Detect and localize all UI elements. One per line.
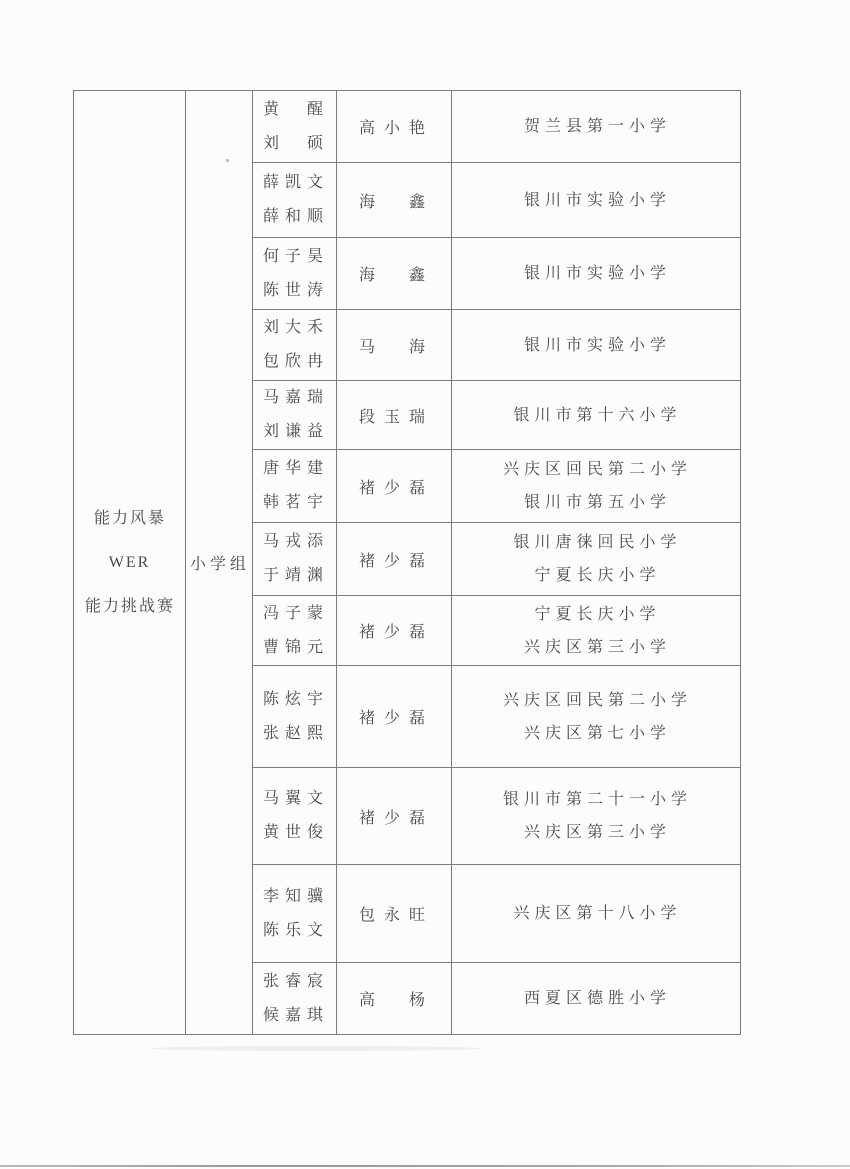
coach-cell: 高小艳 [337, 91, 452, 163]
students-cell: 刘大禾 包欣冉 [253, 310, 337, 381]
students-cell: 马戎添 于靖渊 [253, 523, 337, 596]
student-name: 冯子蒙 [253, 597, 336, 631]
students-cell: 李知骥 陈乐文 [253, 865, 337, 963]
school-name: 西夏区德胜小学 [452, 982, 740, 1015]
student-name: 薛凯文 [253, 166, 336, 200]
coach-cell: 高 杨 [337, 963, 452, 1035]
student-name: 陈乐文 [253, 914, 336, 948]
student-name: 黄世俊 [253, 816, 336, 850]
student-name: 候嘉琪 [253, 999, 336, 1033]
school-name: 兴庆区第三小学 [452, 631, 740, 664]
school-name: 银川市实验小学 [452, 329, 740, 362]
student-name: 刘大禾 [253, 311, 336, 345]
school-cell: 兴庆区第十八小学 [452, 865, 741, 963]
award-table: 能力风暴WER 能力挑战赛 小学组 黄 醒 刘 硕 高小艳 贺兰县第一小学 薛凯… [73, 90, 741, 1035]
school-name: 宁夏长庆小学 [452, 598, 740, 631]
school-name: 银川市实验小学 [452, 184, 740, 217]
students-cell: 马翼文 黄世俊 [253, 768, 337, 865]
student-name: 曹锦元 [253, 631, 336, 665]
student-name: 黄 醒 [253, 93, 336, 127]
students-cell: 冯子蒙 曹锦元 [253, 596, 337, 666]
school-name: 贺兰县第一小学 [452, 110, 740, 143]
student-name: 张赵熙 [253, 717, 336, 751]
scanned-document-page: 能力风暴WER 能力挑战赛 小学组 黄 醒 刘 硕 高小艳 贺兰县第一小学 薛凯… [0, 0, 850, 1169]
students-cell: 薛凯文 薛和顺 [253, 163, 337, 238]
coach-cell: 褚少磊 [337, 523, 452, 596]
coach-cell: 褚少磊 [337, 450, 452, 523]
student-name: 韩茗宇 [253, 486, 336, 520]
students-cell: 何子昊 陈世涛 [253, 238, 337, 310]
school-name: 银川市第二十一小学 [452, 783, 740, 816]
scan-bottom-edge-artifact [0, 1165, 850, 1167]
school-cell: 银川市实验小学 [452, 163, 741, 238]
school-name: 宁夏长庆小学 [452, 559, 740, 592]
student-name: 马嘉瑞 [253, 381, 336, 415]
school-cell: 银川市第二十一小学 兴庆区第三小学 [452, 768, 741, 865]
student-name: 唐华建 [253, 452, 336, 486]
school-name: 银川唐徕回民小学 [452, 526, 740, 559]
student-name: 张睿宸 [253, 965, 336, 999]
student-name: 陈炫宇 [253, 683, 336, 717]
school-name: 兴庆区第三小学 [452, 816, 740, 849]
school-cell: 兴庆区回民第二小学 银川市第五小学 [452, 450, 741, 523]
school-cell: 西夏区德胜小学 [452, 963, 741, 1035]
competition-name-line1: 能力风暴WER [74, 497, 185, 585]
students-cell: 唐华建 韩茗宇 [253, 450, 337, 523]
school-name: 兴庆区第十八小学 [452, 897, 740, 930]
coach-cell: 褚少磊 [337, 596, 452, 666]
school-name: 兴庆区回民第二小学 [452, 684, 740, 717]
coach-cell: 包永旺 [337, 865, 452, 963]
coach-cell: 褚少磊 [337, 666, 452, 768]
student-name: 李知骥 [253, 880, 336, 914]
school-cell: 银川市实验小学 [452, 238, 741, 310]
school-name: 兴庆区回民第二小学 [452, 453, 740, 486]
student-name: 刘 硕 [253, 127, 336, 161]
student-name: 薛和顺 [253, 200, 336, 234]
group-cell: 小学组 [186, 91, 253, 1035]
coach-cell: 马 海 [337, 310, 452, 381]
student-name: 何子昊 [253, 240, 336, 274]
competition-name-line2: 能力挑战赛 [74, 585, 185, 629]
school-name: 银川市实验小学 [452, 257, 740, 290]
student-name: 包欣冉 [253, 345, 336, 379]
students-cell: 马嘉瑞 刘谦益 [253, 381, 337, 450]
school-name: 兴庆区第七小学 [452, 717, 740, 750]
school-cell: 银川唐徕回民小学 宁夏长庆小学 [452, 523, 741, 596]
scan-dot-artifact [226, 159, 229, 162]
scan-smudge-artifact [150, 1046, 480, 1051]
school-name: 银川市第五小学 [452, 486, 740, 519]
school-cell: 宁夏长庆小学 兴庆区第三小学 [452, 596, 741, 666]
coach-cell: 段玉瑞 [337, 381, 452, 450]
students-cell: 黄 醒 刘 硕 [253, 91, 337, 163]
school-name: 银川市第十六小学 [452, 399, 740, 432]
coach-cell: 海 鑫 [337, 238, 452, 310]
school-cell: 兴庆区回民第二小学 兴庆区第七小学 [452, 666, 741, 768]
school-cell: 银川市实验小学 [452, 310, 741, 381]
student-name: 陈世涛 [253, 274, 336, 308]
school-cell: 银川市第十六小学 [452, 381, 741, 450]
students-cell: 张睿宸 候嘉琪 [253, 963, 337, 1035]
student-name: 于靖渊 [253, 559, 336, 593]
students-cell: 陈炫宇 张赵熙 [253, 666, 337, 768]
student-name: 马翼文 [253, 782, 336, 816]
table-row: 能力风暴WER 能力挑战赛 小学组 黄 醒 刘 硕 高小艳 贺兰县第一小学 [74, 91, 741, 163]
coach-cell: 海 鑫 [337, 163, 452, 238]
competition-name-cell: 能力风暴WER 能力挑战赛 [74, 91, 186, 1035]
school-cell: 贺兰县第一小学 [452, 91, 741, 163]
coach-cell: 褚少磊 [337, 768, 452, 865]
student-name: 刘谦益 [253, 415, 336, 449]
student-name: 马戎添 [253, 525, 336, 559]
